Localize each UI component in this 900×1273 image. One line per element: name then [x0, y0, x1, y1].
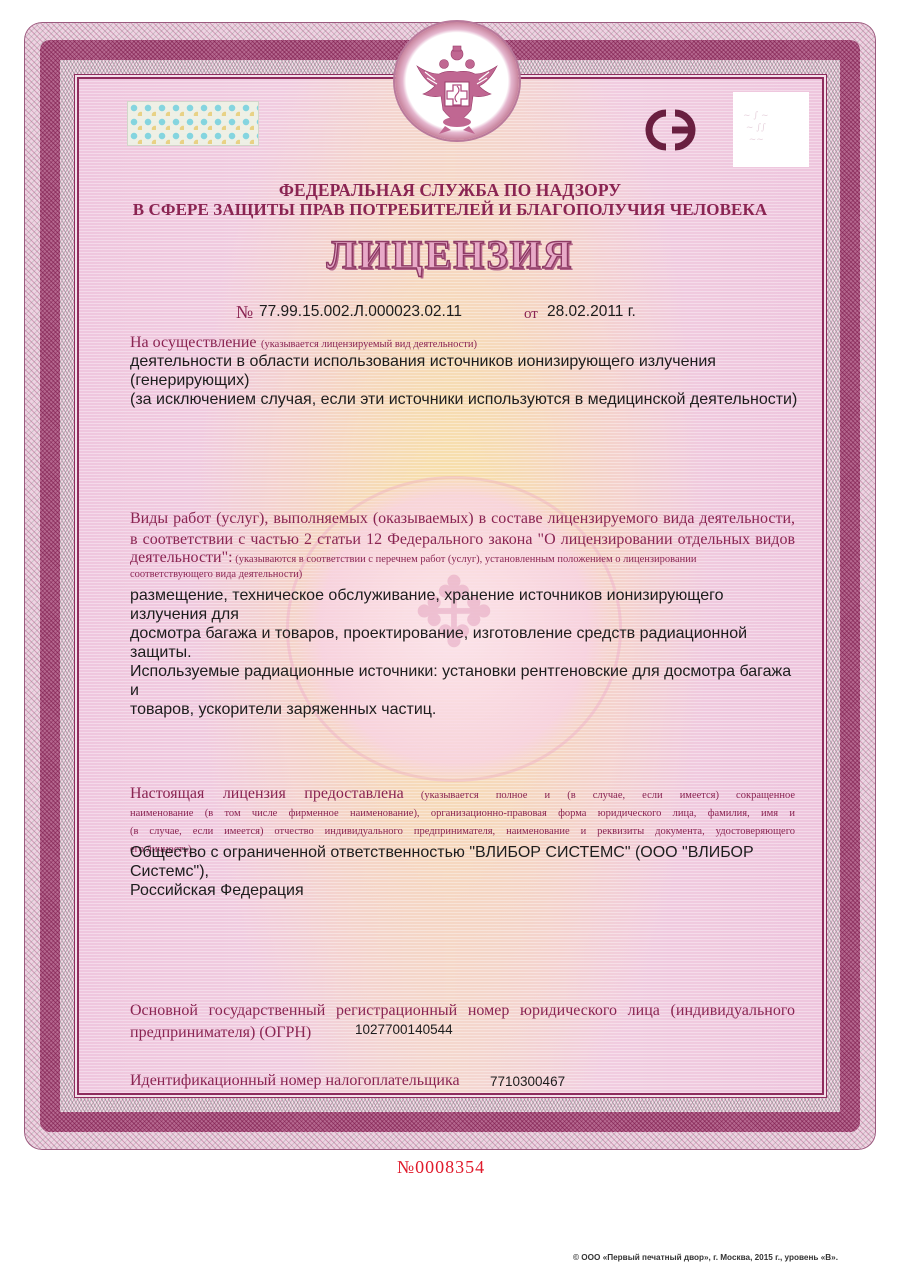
faint-signature: ~ ∫ ~ ~ ∫∫ ~~ — [743, 110, 799, 150]
activity-line: (за исключением случая, если эти источни… — [130, 390, 800, 409]
works-heading: Виды работ (услуг), выполняемых (оказыва… — [130, 508, 795, 550]
printer-imprint: © ООО «Первый печатный двор», г. Москва,… — [573, 1253, 838, 1262]
activity-hint: (указывается лицензируемый вид деятельно… — [261, 339, 477, 350]
double-headed-eagle-icon — [395, 22, 519, 140]
holder-heading-line: Настоящая лицензия предоставлена (указыв… — [130, 785, 795, 805]
works-line: Используемые радиационные источники: уст… — [130, 662, 800, 700]
activity-description: деятельности в области использования ист… — [130, 352, 800, 409]
works-label-line: деятельности": — [130, 549, 233, 566]
ogrn-label-line: предпринимателя) (ОГРН) — [130, 1022, 795, 1044]
license-number: 77.99.15.002.Л.000023.02.11 — [259, 303, 462, 321]
ogrn-heading: Основной государственный регистрационный… — [130, 1000, 795, 1044]
agency-name-line1: ФЕДЕРАЛЬНАЯ СЛУЖБА ПО НАДЗОРУ — [100, 180, 800, 201]
holder-hint-line: наименование (в том числе фирменное наим… — [130, 805, 795, 823]
number-label: № — [236, 302, 253, 323]
holder-name: Общество с ограниченной ответственностью… — [130, 843, 800, 900]
se-certification-mark-icon — [638, 105, 718, 155]
works-hint: деятельности": (указываются в соответств… — [130, 550, 795, 582]
document-title: ЛИЦЕНЗИЯ — [300, 232, 600, 278]
activity-label: На осуществление — [130, 334, 257, 351]
emblem-medallion — [395, 22, 519, 140]
works-description: размещение, техническое обслуживание, хр… — [130, 586, 800, 719]
activity-line: деятельности в области использования ист… — [130, 352, 800, 390]
hologram-sticker — [127, 101, 259, 146]
holder-line: Российская Федерация — [130, 881, 800, 900]
holder-hint-line: (в случае, если имеется) отчество индиви… — [130, 823, 795, 841]
works-line: товаров, ускорители заряженных частиц. — [130, 700, 800, 719]
date-label: от — [524, 306, 538, 323]
form-serial-number: №0008354 — [397, 1157, 485, 1178]
license-date: 28.02.2011 г. — [547, 303, 636, 321]
works-line: досмотра багажа и товаров, проектировани… — [130, 624, 800, 662]
ogrn-value: 1027700140544 — [355, 1022, 453, 1037]
agency-name-line2: В СФЕРЕ ЗАЩИТЫ ПРАВ ПОТРЕБИТЕЛЕЙ И БЛАГО… — [100, 200, 800, 220]
stamp-blank-area: ~ ∫ ~ ~ ∫∫ ~~ — [733, 92, 809, 167]
works-hint-line: (указываются в соответствии с перечнем р… — [235, 554, 696, 565]
works-hint-line: соответствующего вида деятельности) — [130, 569, 302, 580]
holder-hint-line: (указывается полное и (в случае, если им… — [421, 790, 795, 801]
inn-heading: Идентификационный номер налогоплательщик… — [130, 1072, 800, 1090]
holder-line: Общество с ограниченной ответственностью… — [130, 843, 800, 881]
works-label-line: в соответствии с частью 2 статьи 12 Феде… — [130, 529, 795, 550]
holder-label: Настоящая лицензия предоставлена — [130, 785, 404, 802]
works-line: размещение, техническое обслуживание, хр… — [130, 586, 800, 624]
activity-heading: На осуществление (указывается лицензируе… — [130, 334, 800, 352]
inn-value: 7710300467 — [490, 1074, 565, 1089]
works-label-line: Виды работ (услуг), выполняемых (оказыва… — [130, 508, 795, 529]
ogrn-label-line: Основной государственный регистрационный… — [130, 1000, 795, 1022]
